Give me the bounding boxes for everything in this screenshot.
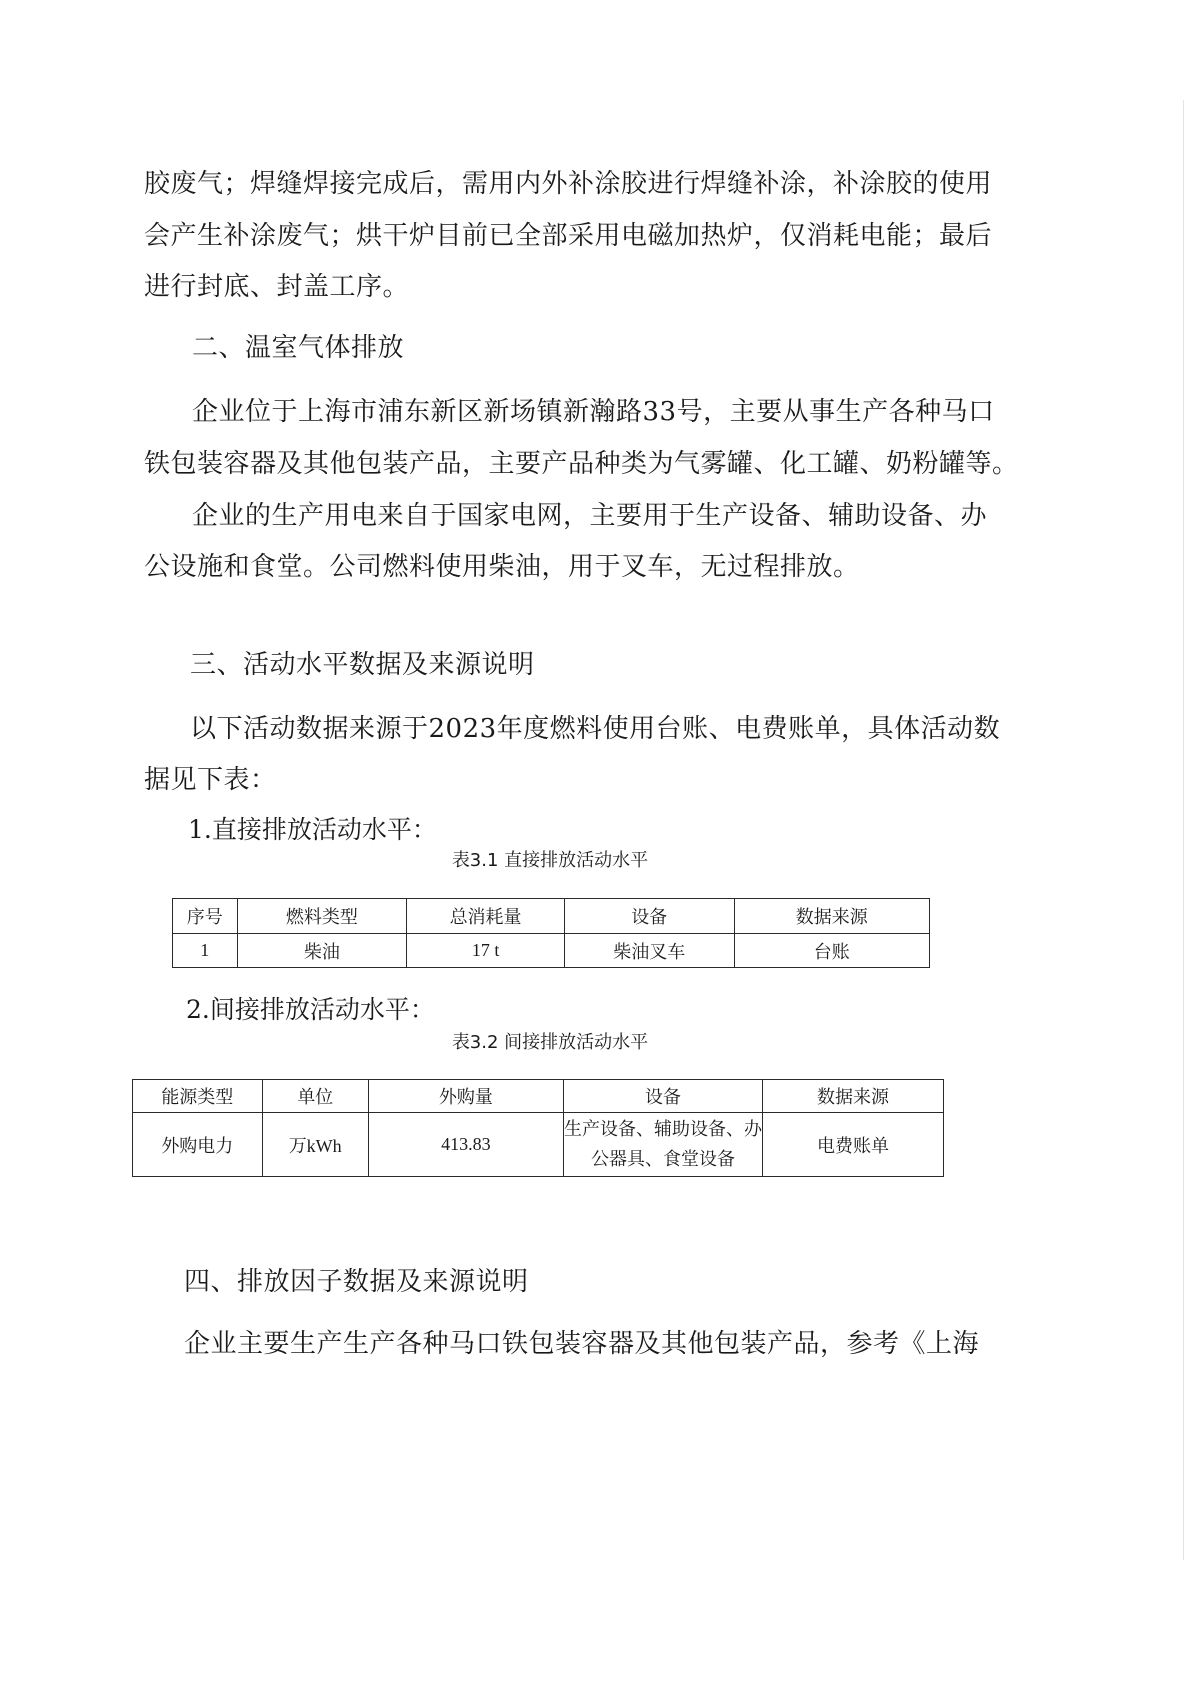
table-3-1-caption: 表3.1 直接排放活动水平 xyxy=(380,848,720,874)
header-unit: 单位 xyxy=(262,1080,368,1113)
cell-fuel-type: 柴油 xyxy=(237,934,407,968)
section-3-heading: 三、活动水平数据及来源说明 xyxy=(190,645,535,685)
table-header-row: 能源类型 单位 外购量 设备 数据来源 xyxy=(133,1080,944,1113)
section-2-heading: 二、温室气体排放 xyxy=(192,328,404,368)
cell-equipment-line2: 公器具、食堂设备 xyxy=(564,1145,762,1175)
cell-seq: 1 xyxy=(173,934,238,968)
header-equipment: 设备 xyxy=(564,899,734,934)
header-data-source: 数据来源 xyxy=(762,1080,943,1113)
table-row: 1 柴油 17 t 柴油叉车 台账 xyxy=(173,934,930,968)
header-data-source: 数据来源 xyxy=(734,899,929,934)
cell-purchased-amount: 413.83 xyxy=(368,1113,563,1177)
continuation-line-2: 会产生补涂废气；烘干炉目前已全部采用电磁加热炉，仅消耗电能；最后 xyxy=(144,210,1044,262)
section-4-heading: 四、排放因子数据及来源说明 xyxy=(184,1262,529,1302)
section-2-para1-line1: 企业位于上海市浦东新区新场镇新瀚路33号，主要从事生产各种马口 xyxy=(192,386,1092,438)
direct-emission-subheading: 1.直接排放活动水平： xyxy=(188,812,437,848)
indirect-emission-subheading: 2.间接排放活动水平： xyxy=(186,992,435,1028)
section-2-para2-line1: 企业的生产用电来自于国家电网，主要用于生产设备、辅助设备、办 xyxy=(192,490,1092,542)
table-3-2-caption: 表3.2 间接排放活动水平 xyxy=(380,1030,720,1056)
cell-energy-type: 外购电力 xyxy=(133,1113,263,1177)
indirect-emission-table: 能源类型 单位 外购量 设备 数据来源 外购电力 万kWh 413.83 生产设… xyxy=(132,1079,944,1177)
header-energy-type: 能源类型 xyxy=(133,1080,263,1113)
header-fuel-type: 燃料类型 xyxy=(237,899,407,934)
cell-unit: 万kWh xyxy=(262,1113,368,1177)
direct-emission-table: 序号 燃料类型 总消耗量 设备 数据来源 1 柴油 17 t 柴油叉车 台账 xyxy=(172,898,930,968)
section-4-para-line1: 企业主要生产生产各种马口铁包装容器及其他包装产品，参考《上海 xyxy=(184,1318,1084,1370)
scan-page-edge xyxy=(1183,100,1184,1560)
cell-total-consumption: 17 t xyxy=(407,934,565,968)
header-total-consumption: 总消耗量 xyxy=(407,899,565,934)
section-2-para1-line2: 铁包装容器及其他包装产品，主要产品种类为气雾罐、化工罐、奶粉罐等。 xyxy=(144,438,1044,490)
section-3-para-line2: 据见下表： xyxy=(144,754,1044,806)
header-purchased-amount: 外购量 xyxy=(368,1080,563,1113)
cell-equipment: 生产设备、辅助设备、办 公器具、食堂设备 xyxy=(563,1113,762,1177)
cell-data-source: 电费账单 xyxy=(762,1113,943,1177)
cell-data-source: 台账 xyxy=(734,934,929,968)
table-header-row: 序号 燃料类型 总消耗量 设备 数据来源 xyxy=(173,899,930,934)
continuation-line-3: 进行封底、封盖工序。 xyxy=(144,261,1044,313)
table-row: 外购电力 万kWh 413.83 生产设备、辅助设备、办 公器具、食堂设备 电费… xyxy=(133,1113,944,1177)
cell-equipment-line1: 生产设备、辅助设备、办 xyxy=(564,1115,762,1145)
header-seq: 序号 xyxy=(173,899,238,934)
cell-equipment: 柴油叉车 xyxy=(564,934,734,968)
continuation-line-1: 胶废气；焊缝焊接完成后，需用内外补涂胶进行焊缝补涂，补涂胶的使用 xyxy=(144,158,1044,210)
section-3-para-line1: 以下活动数据来源于2023年度燃料使用台账、电费账单，具体活动数 xyxy=(190,703,1090,755)
header-equipment: 设备 xyxy=(563,1080,762,1113)
section-2-para2-line2: 公设施和食堂。公司燃料使用柴油，用于叉车，无过程排放。 xyxy=(144,541,1044,593)
